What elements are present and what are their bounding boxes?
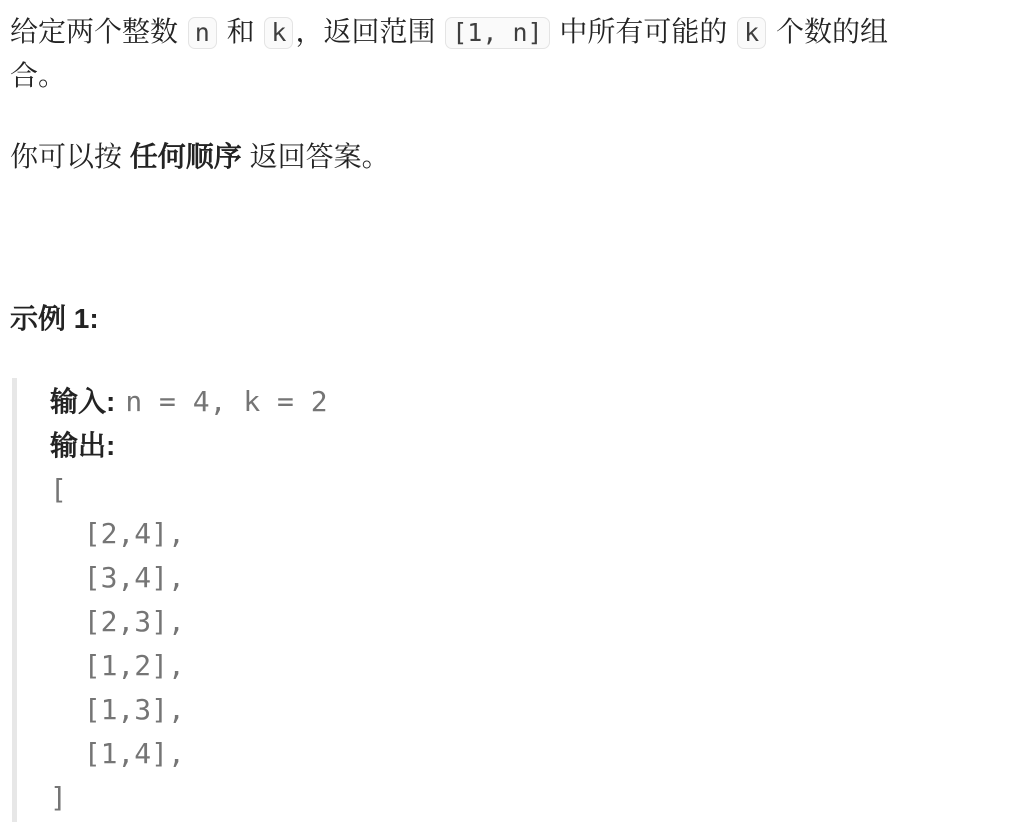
- example-output-array-close: ]: [50, 776, 997, 820]
- blank-paragraph-spacer: [10, 216, 997, 260]
- example-block: 输入:n = 4, k = 2 输出: [ [2,4], [3,4], [2,3…: [12, 378, 997, 822]
- example-output-item: [2,4],: [50, 512, 997, 556]
- inline-code-n: n: [188, 17, 217, 49]
- example-output-line: 输出:: [50, 424, 997, 468]
- example-output-label: 输出:: [50, 430, 115, 461]
- note-text: 返回答案。: [242, 141, 390, 172]
- problem-statement-paragraph: 给定两个整数 n 和 k，返回范围 [1, n] 中所有可能的 k 个数的组合。: [10, 10, 997, 98]
- statement-text: ，返回范围: [295, 16, 443, 47]
- example-heading: 示例 1:: [10, 297, 997, 341]
- statement-text-wrapped: 合。: [10, 60, 66, 91]
- example-output-item: [1,2],: [50, 644, 997, 688]
- example-output-item: [1,4],: [50, 732, 997, 776]
- example-output-item: [2,3],: [50, 600, 997, 644]
- inline-code-k: k: [264, 17, 293, 49]
- statement-text: 和: [219, 16, 263, 47]
- example-heading-label: 示例 1:: [10, 303, 99, 334]
- order-note-paragraph: 你可以按 任何顺序 返回答案。: [10, 135, 997, 179]
- problem-description: 给定两个整数 n 和 k，返回范围 [1, n] 中所有可能的 k 个数的组合。…: [10, 10, 997, 822]
- example-output-array-open: [: [50, 468, 997, 512]
- example-input-line: 输入:n = 4, k = 2: [50, 380, 997, 424]
- statement-text: 给定两个整数: [10, 16, 186, 47]
- any-order-bold: 任何顺序: [130, 141, 242, 172]
- inline-code-k: k: [737, 17, 766, 49]
- example-output-item: [3,4],: [50, 556, 997, 600]
- example-output-item: [1,3],: [50, 688, 997, 732]
- statement-text: 个数的组: [768, 16, 888, 47]
- inline-code-range: [1, n]: [445, 17, 549, 49]
- example-input-value: n = 4, k = 2: [125, 385, 327, 418]
- example-input-label: 输入:: [50, 386, 115, 417]
- statement-text: 中所有可能的: [552, 16, 736, 47]
- note-text: 你可以按: [10, 141, 130, 172]
